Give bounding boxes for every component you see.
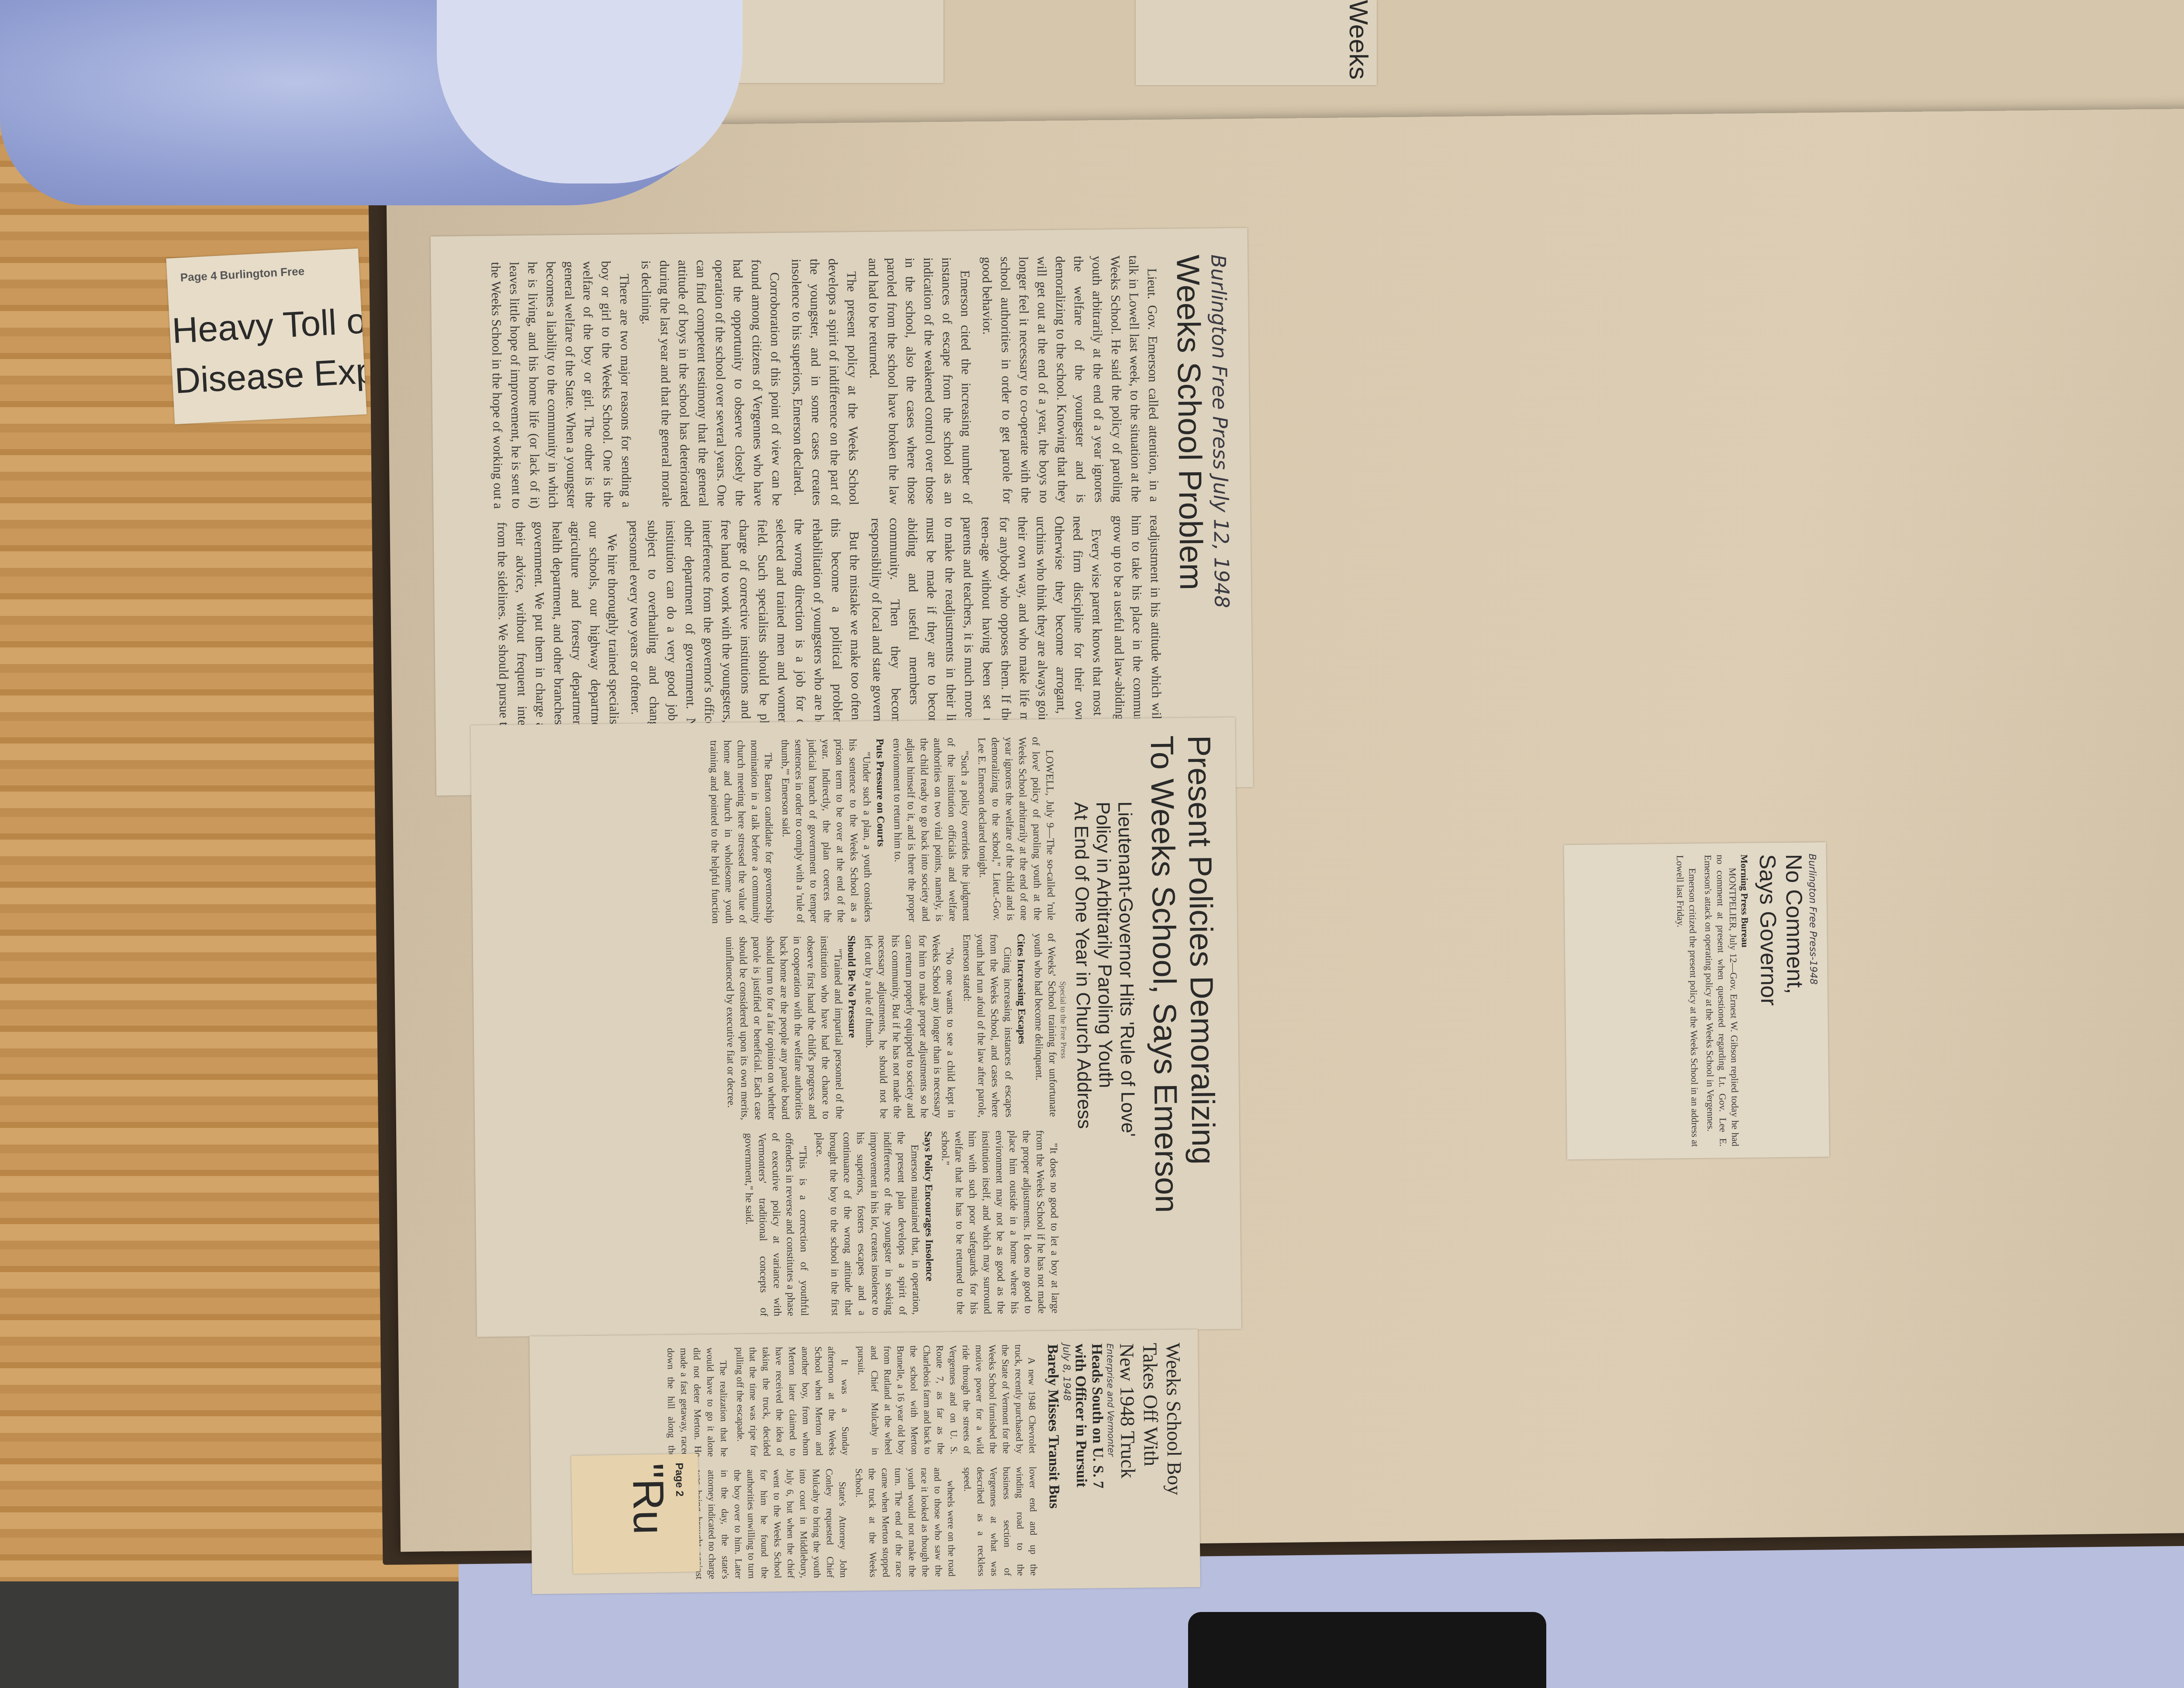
clipping-top-partial bbox=[716, 0, 943, 83]
subhead: Says Policy Encourages Insolence bbox=[921, 1131, 936, 1314]
paragraph: "No one wants to see a child kept in Wee… bbox=[861, 934, 957, 1119]
paragraph: "It does no good to let a boy at large f… bbox=[938, 1130, 1061, 1314]
masthead: Page 4 Burlington Free bbox=[180, 264, 305, 284]
headline-line: Weeks School Boy bbox=[1161, 1342, 1187, 1574]
paragraph: State's Attorney John Conley requested C… bbox=[678, 1468, 850, 1579]
headline-line2: Says Governor bbox=[1754, 854, 1783, 1146]
paragraph: Corroboration of this point of view can … bbox=[636, 259, 786, 507]
headline-line: New 1948 Truck bbox=[1115, 1343, 1141, 1575]
clipping-weeks-school-problem: Burlington Free Press July 12, 1948 Week… bbox=[431, 228, 1253, 796]
headline-line2: Disease Explaine bbox=[174, 346, 367, 402]
subhead: Should Be No Pressure bbox=[844, 935, 859, 1119]
paragraph: "This is a correction of youthful offend… bbox=[741, 1132, 811, 1317]
headline: Weeks School Problem bbox=[1169, 255, 1212, 762]
paragraph: Emerson critized the present policy at t… bbox=[1674, 855, 1701, 1147]
article-body: LOWELL, July 9—The so-called 'rule of lo… bbox=[540, 737, 1062, 1318]
headline: "Ru bbox=[622, 1463, 674, 1564]
editorial-body: Lieut. Gov. Emerson called attention, in… bbox=[470, 255, 1166, 769]
scrapbook-page: Burlington Free Press July 12, 1948 Week… bbox=[386, 108, 2184, 1552]
deck-line: with Officer in Pursuit bbox=[1071, 1344, 1091, 1575]
clipping-present-policies: Present Policies Demoralizing To Weeks S… bbox=[470, 717, 1241, 1337]
headline-line1: Heavy Toll of De bbox=[171, 297, 367, 352]
paragraph: "Such a policy overrides the judgment of… bbox=[890, 737, 973, 922]
paragraph: "Trained and impartial personnel of the … bbox=[722, 935, 846, 1120]
clipping-no-comment: Burlington Free Press-1948 No Comment, S… bbox=[1564, 842, 1829, 1159]
headline: Weeks bbox=[1344, 0, 1374, 85]
headline-line2: To Weeks School, Says Emerson bbox=[1144, 735, 1187, 1312]
paragraph: It was a Sunday afternoon at the Weeks S… bbox=[733, 1346, 852, 1456]
clipping-weeks-partial: Weeks bbox=[1136, 0, 1377, 85]
subhead: Cites Increasing Escapes bbox=[1013, 934, 1029, 1117]
paragraph: The present policy at the Weeks School d… bbox=[787, 258, 863, 506]
clipping-heavy-toll: Page 4 Burlington Free Heavy Toll of De … bbox=[166, 249, 366, 425]
clipping-page2-tab: Page 2 "Ru bbox=[571, 1453, 700, 1574]
headline-line1: No Comment, bbox=[1780, 854, 1810, 1146]
headline-line1: Present Policies Demoralizing bbox=[1181, 735, 1224, 1312]
paragraph: wheels were on the road and to those who… bbox=[852, 1467, 958, 1577]
paragraph: A new 1948 Chevrolet truck, recently pur… bbox=[854, 1344, 1039, 1455]
masthead: Page 2 bbox=[673, 1463, 687, 1563]
paragraph: "Under such a plan, a youth considers hi… bbox=[778, 739, 874, 923]
book-stand bbox=[1188, 1612, 1546, 1688]
paragraph: MONTPELIER, July 12—Gov. Ernest W. Gibso… bbox=[1702, 854, 1742, 1147]
paragraph: Lieut. Gov. Emerson called attention, in… bbox=[977, 255, 1163, 504]
paragraph: Emerson cited the increasing number of i… bbox=[864, 257, 976, 505]
deck-line: Barely Misses Transit Bus bbox=[1044, 1344, 1063, 1575]
article-body: MONTPELIER, July 12—Gov. Ernest W. Gibso… bbox=[1674, 854, 1742, 1147]
paragraph: Citing increasing instances of escapes f… bbox=[959, 934, 1015, 1117]
deck-line: Heads South on U. S. 7 bbox=[1088, 1343, 1107, 1575]
paragraph: LOWELL, July 9—The so-called 'rule of lo… bbox=[975, 737, 1057, 921]
subhead: Puts Pressure on Courts bbox=[873, 738, 888, 922]
headline-line: Takes Off With bbox=[1138, 1343, 1164, 1575]
paragraph: Emerson maintained that, in operation, t… bbox=[812, 1131, 923, 1316]
